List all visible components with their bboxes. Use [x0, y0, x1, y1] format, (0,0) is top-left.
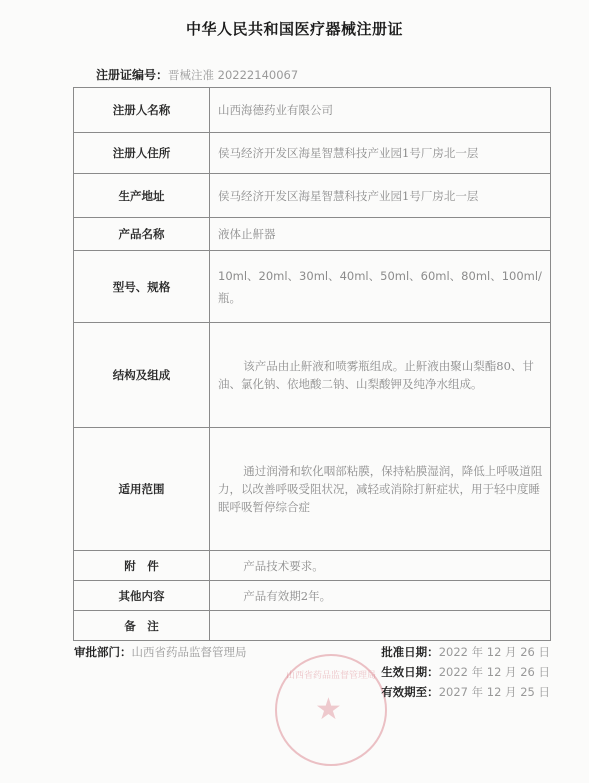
row-label: 注册人名称 — [74, 88, 210, 133]
row-value: 山西海德药业有限公司 — [210, 88, 551, 133]
row-value: 该产品由止鼾液和喷雾瓶组成。止鼾液由聚山梨酯80、甘油、氯化钠、依地酸二钠、山梨… — [210, 323, 551, 428]
date-block: 批准日期：2022 年 12 月 26 日 生效日期：2022 年 12 月 2… — [330, 644, 550, 704]
row-label: 生产地址 — [74, 174, 210, 218]
table-row-attachment: 附 件 产品技术要求。 — [74, 551, 551, 581]
row-label: 产品名称 — [74, 218, 210, 251]
approval-dept-label: 审批部门： — [74, 645, 132, 659]
row-label: 附 件 — [74, 551, 210, 581]
date-label: 生效日期： — [381, 665, 439, 679]
row-value: 10ml、20ml、30ml、40ml、50ml、60ml、80ml、100ml… — [210, 251, 551, 323]
row-value: 产品有效期2年。 — [210, 581, 551, 611]
row-label: 其他内容 — [74, 581, 210, 611]
row-label: 备 注 — [74, 611, 210, 641]
table-row-scope: 适用范围 通过润滑和软化咽部粘膜，保持粘膜湿润，降低上呼吸道阻力，以改善呼吸受阻… — [74, 428, 551, 551]
registration-number-value: 晋械注准 20222140067 — [168, 68, 298, 82]
date-label: 有效期至： — [381, 685, 439, 699]
table-row-structure: 结构及组成 该产品由止鼾液和喷雾瓶组成。止鼾液由聚山梨酯80、甘油、氯化钠、依地… — [74, 323, 551, 428]
date-value: 2022 年 12 月 26 日 — [439, 665, 550, 679]
approval-department: 审批部门：山西省药品监督管理局 — [74, 644, 247, 660]
row-label: 适用范围 — [74, 428, 210, 551]
row-value: 产品技术要求。 — [210, 551, 551, 581]
approval-dept-value: 山西省药品监督管理局 — [132, 645, 247, 659]
date-label: 批准日期： — [381, 645, 439, 659]
row-value — [210, 611, 551, 641]
document-title: 中华人民共和国医疗器械注册证 — [0, 18, 589, 39]
table-row-remarks: 备 注 — [74, 611, 551, 641]
row-value: 侯马经济开发区海星智慧科技产业园1号厂房北一层 — [210, 174, 551, 218]
certificate-table: 注册人名称 山西海德药业有限公司 注册人住所 侯马经济开发区海星智慧科技产业园1… — [73, 87, 551, 641]
row-label: 型号、规格 — [74, 251, 210, 323]
expiry-date: 有效期至：2027 年 12 月 25 日 — [330, 684, 550, 704]
table-row-product-name: 产品名称 液体止鼾器 — [74, 218, 551, 251]
date-value: 2022 年 12 月 26 日 — [439, 645, 550, 659]
row-label: 结构及组成 — [74, 323, 210, 428]
registration-number-line: 注册证编号：晋械注准 20222140067 — [96, 66, 298, 83]
table-row-other: 其他内容 产品有效期2年。 — [74, 581, 551, 611]
table-row-model-spec: 型号、规格 10ml、20ml、30ml、40ml、50ml、60ml、80ml… — [74, 251, 551, 323]
effective-date: 生效日期：2022 年 12 月 26 日 — [330, 664, 550, 684]
table-row-registrant-name: 注册人名称 山西海德药业有限公司 — [74, 88, 551, 133]
approval-date: 批准日期：2022 年 12 月 26 日 — [330, 644, 550, 664]
table-row-production-address: 生产地址 侯马经济开发区海星智慧科技产业园1号厂房北一层 — [74, 174, 551, 218]
registration-number-label: 注册证编号： — [96, 68, 168, 82]
row-value: 液体止鼾器 — [210, 218, 551, 251]
row-value: 侯马经济开发区海星智慧科技产业园1号厂房北一层 — [210, 133, 551, 174]
table-row-registrant-address: 注册人住所 侯马经济开发区海星智慧科技产业园1号厂房北一层 — [74, 133, 551, 174]
row-label: 注册人住所 — [74, 133, 210, 174]
row-value: 通过润滑和软化咽部粘膜，保持粘膜湿润，降低上呼吸道阻力，以改善呼吸受阻状况，减轻… — [210, 428, 551, 551]
date-value: 2027 年 12 月 25 日 — [439, 685, 550, 699]
